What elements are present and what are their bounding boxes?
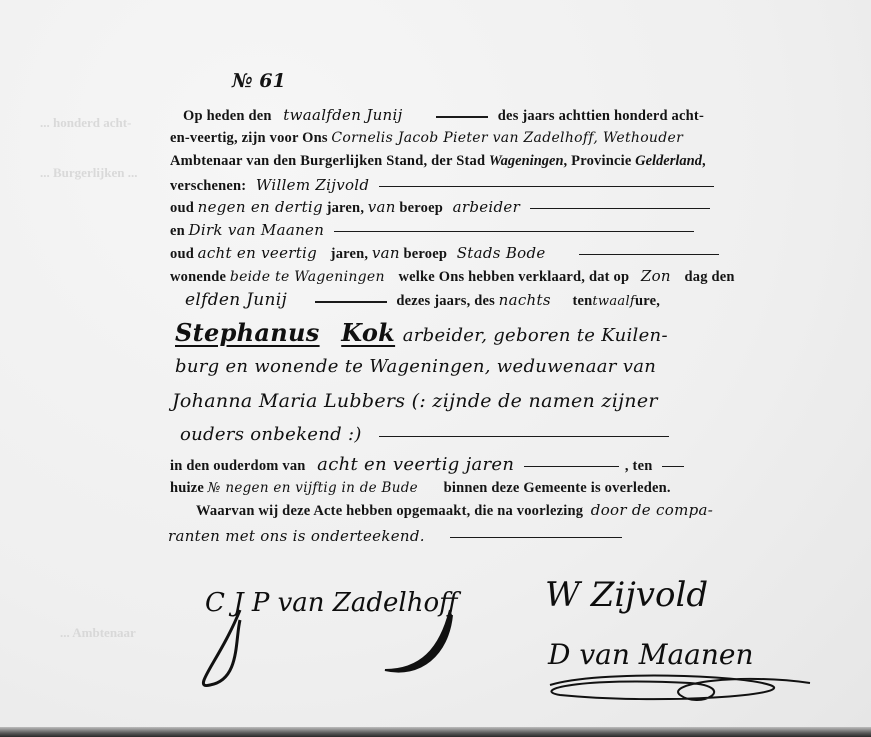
printed-text: , — [702, 153, 706, 169]
record-number: № 61 — [232, 70, 286, 92]
record-line: burg en wonende te Wageningen, weduwenaa… — [175, 357, 656, 378]
printed-text: verschenen: — [170, 178, 246, 194]
printed-text: dag den — [685, 269, 735, 285]
filler-dash — [436, 116, 488, 118]
printed-text: in den ouderdom van — [170, 458, 306, 474]
printed-text: Ambtenaar van den Burgerlijken Stand, de… — [170, 153, 485, 169]
handwritten-age: acht en veertig — [198, 244, 317, 262]
printed-text: jaren, — [331, 246, 369, 262]
handwritten-declarant-1: Willem Zijvold — [256, 176, 369, 194]
printed-text: Op heden den — [183, 108, 272, 124]
printed-text: , Provincie — [564, 153, 632, 169]
printed-province: Gelderland — [635, 153, 702, 169]
printed-text: oud — [170, 200, 194, 216]
filler-dash — [315, 301, 387, 303]
record-line: elfden Junij dezes jaars, des nachts ten… — [185, 290, 660, 312]
record-line: Op heden den twaalfden Junij des jaars a… — [183, 105, 704, 126]
record-line: ranten met ons is onderteekend. — [168, 526, 628, 547]
printed-text: oud — [170, 246, 194, 262]
record-line: in den ouderdom van acht en veertig jare… — [170, 455, 690, 476]
handwritten-text: van — [368, 198, 396, 216]
handwritten-text: door de compa- — [591, 501, 713, 519]
record-line: ouders onbekend :) — [180, 425, 675, 446]
printed-city: Wageningen — [489, 153, 564, 169]
handwritten-weekday: Zon — [641, 267, 671, 285]
printed-text: Waarvan wij deze Acte hebben opgemaakt, … — [196, 503, 583, 519]
printed-text: beroep — [399, 200, 443, 216]
filler-dash — [450, 537, 622, 539]
handwritten-occupation: Stads Bode — [457, 244, 546, 262]
bleed-through-text: ... honderd acht- — [40, 115, 131, 131]
filler-dash — [579, 254, 719, 256]
handwritten-residence: beide te Wageningen — [230, 269, 385, 285]
record-line: en Dirk van Maanen — [170, 220, 700, 241]
page-bottom-edge — [0, 727, 871, 737]
handwritten-declarant-2: Dirk van Maanen — [189, 221, 325, 239]
handwritten-date: twaalfden Junij — [283, 106, 402, 124]
printed-text: jaren, — [327, 200, 365, 216]
handwritten-hour: twaalf — [592, 294, 635, 309]
record-line: en-veertig, zijn voor Ons Cornelis Jacob… — [170, 128, 683, 148]
printed-text: wonende — [170, 269, 226, 285]
filler-dash — [530, 208, 710, 210]
record-line: Ambtenaar van den Burgerlijken Stand, de… — [170, 151, 706, 171]
printed-text: binnen deze Gemeente is overleden. — [444, 480, 671, 496]
handwritten-occupation: arbeider — [453, 198, 520, 216]
bleed-through-text: ... Burgerlijken ... — [40, 165, 138, 181]
record-line: huize № negen en vijftig in de Bude binn… — [170, 478, 671, 498]
deceased-given-name: Stephanus — [175, 318, 320, 347]
signature-flourish-icon — [180, 600, 480, 700]
handwritten-text: van — [372, 244, 400, 262]
filler-dash — [379, 436, 669, 438]
record-line: wonende beide te Wageningen welke Ons he… — [170, 266, 735, 287]
handwritten-parents-note: ouders onbekend :) — [180, 424, 362, 445]
record-line: oud negen en dertig jaren, van beroep ar… — [170, 197, 716, 218]
handwritten-date: elfden Junij — [185, 290, 287, 310]
scanned-record-page: ... honderd acht- ... Burgerlijken ... .… — [0, 0, 871, 737]
handwritten-spouse: Johanna Maria Lubbers (: zijnde de namen… — [172, 390, 658, 412]
printed-text: en — [170, 223, 185, 239]
handwritten-deceased-details: burg en wonende te Wageningen, weduwenaa… — [175, 356, 656, 377]
filler-dash — [334, 231, 694, 233]
handwritten-age: negen en dertig — [198, 198, 323, 216]
handwritten-age-at-death: acht en veertig jaren — [317, 454, 514, 475]
record-line: Johanna Maria Lubbers (: zijnde de namen… — [172, 391, 658, 413]
printed-text: , ten — [625, 458, 653, 474]
bleed-through-text: ... Ambtenaar — [60, 625, 136, 641]
handwritten-text: ranten met ons is onderteekend. — [168, 527, 425, 545]
filler-dash — [662, 466, 684, 468]
printed-text: dezes jaars, des — [396, 293, 495, 309]
filler-dash — [524, 466, 619, 468]
signature-witness-1: W Zijvold — [545, 575, 708, 615]
signature-underline-flourish-icon — [540, 665, 830, 715]
handwritten-house-address: № negen en vijftig in de Bude — [208, 480, 418, 496]
deceased-surname: Kok — [341, 318, 395, 347]
record-line: verschenen: Willem Zijvold — [170, 175, 720, 196]
printed-text: welke Ons hebben verklaard, dat op — [398, 269, 629, 285]
printed-text: des jaars achttien honderd acht- — [498, 108, 704, 124]
printed-text: en-veertig, zijn voor Ons — [170, 130, 328, 146]
printed-text: ure, — [635, 293, 660, 309]
handwritten-time-of-day: nachts — [499, 291, 551, 309]
printed-text: huize — [170, 480, 204, 496]
record-line: Waarvan wij deze Acte hebben opgemaakt, … — [196, 500, 713, 521]
record-line: oud acht en veertig jaren, van beroep St… — [170, 243, 725, 264]
filler-dash — [379, 186, 714, 188]
printed-text: ten — [572, 293, 592, 309]
handwritten-deceased-details: arbeider, geboren te Kuilen- — [403, 325, 668, 346]
record-line: Stephanus Kok arbeider, geboren te Kuile… — [175, 318, 668, 352]
handwritten-official-name: Cornelis Jacob Pieter van Zadelhoff, Wet… — [331, 130, 683, 146]
printed-text: beroep — [403, 246, 447, 262]
